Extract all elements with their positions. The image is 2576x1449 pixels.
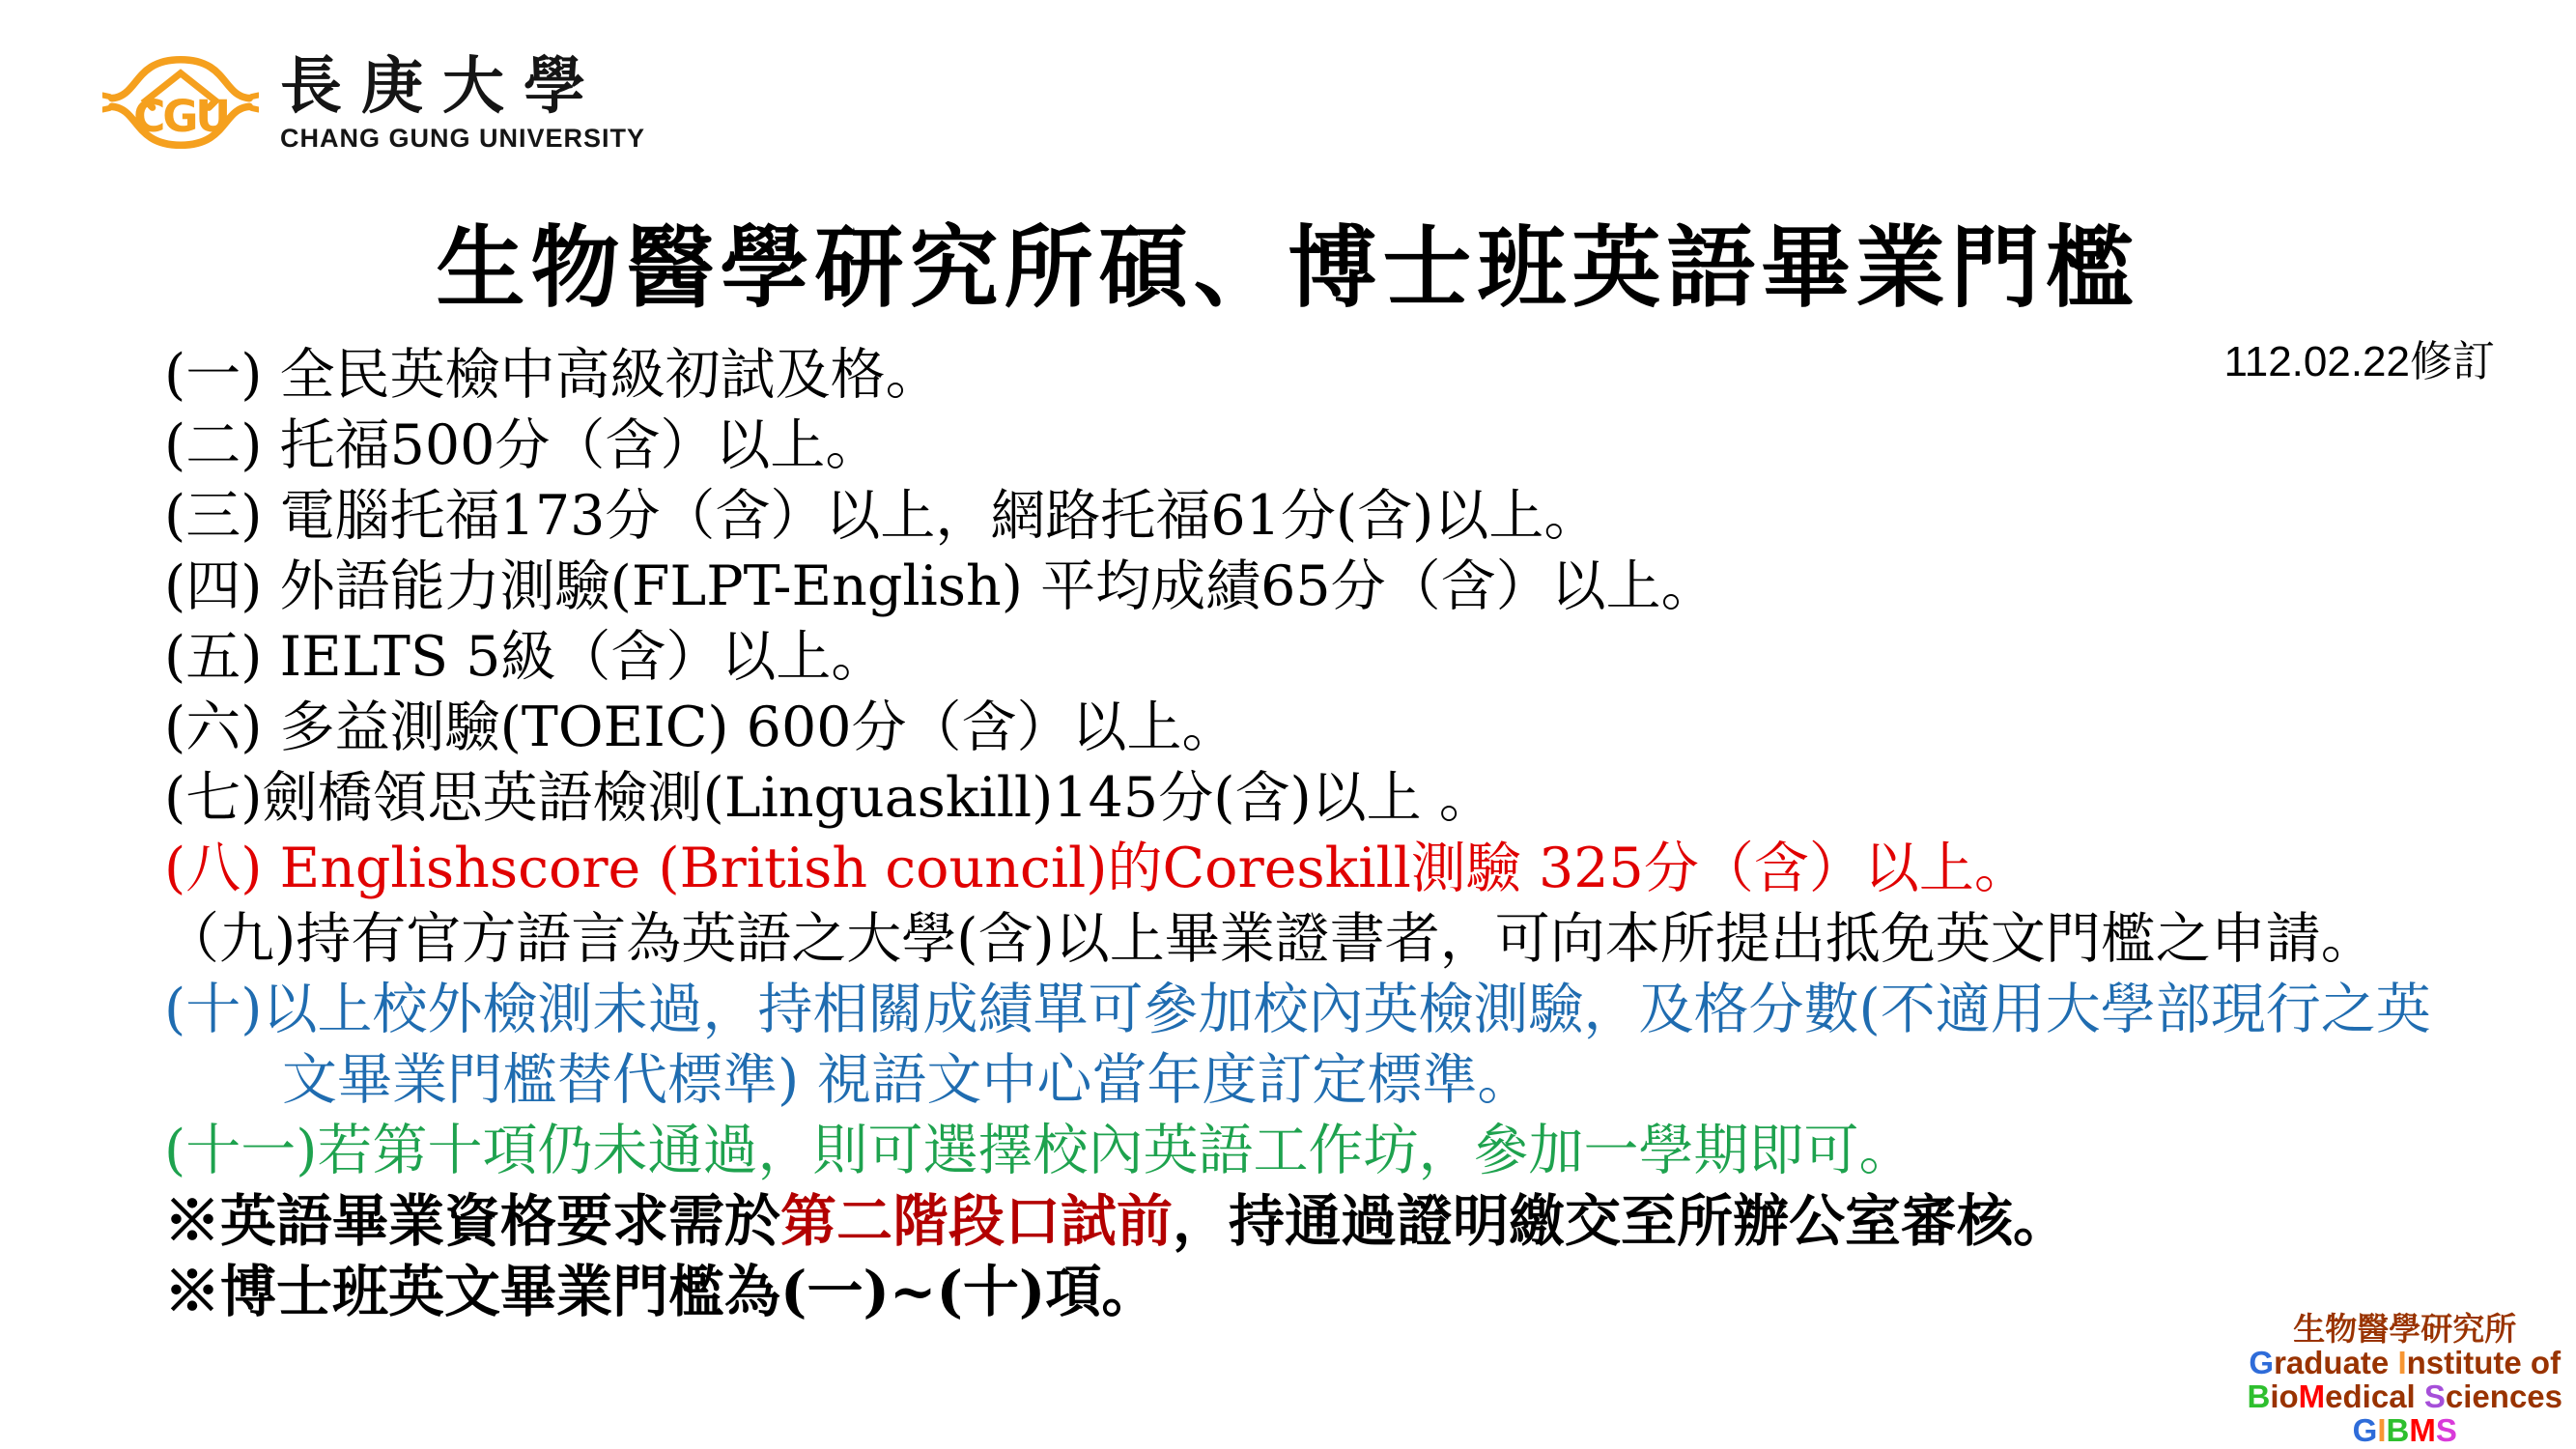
institute-name-zh-segment: 生物醫學研究所 [2293,1311,2516,1347]
institute-name-en-line2-segment: S [2424,1378,2446,1414]
document-page: CGU 長庚大學 CHANG GUNG UNIVERSITY 生物醫學研究所碩、… [0,0,2576,1449]
institute-abbreviation-segment: B [2386,1412,2409,1448]
institute-name-en-line2-segment: ciences [2446,1378,2562,1414]
item-1-segment: (一) 全民英檢中高級初試及格。 [164,343,941,407]
institute-name-en-line2-segment: edical [2325,1378,2424,1414]
item-9-segment: （九)持有官方語言為英語之大學(含)以上畢業證書者，可向本所提出抵免英文門檻之申… [164,907,2376,971]
item-6-segment: (六) 多益測驗(TOEIC) 600分（含）以上。 [164,696,1236,759]
item-11: (十一)若第十項仍未通過，則可選擇校內英語工作坊，參加一學期即可。 [0,1116,2576,1186]
item-2-segment: (二) 托福500分（含）以上。 [164,413,880,477]
university-name-en: CHANG GUNG UNIVERSITY [280,124,645,154]
institute-name-en-line1-segment: G [2249,1345,2274,1380]
university-name-block: 長庚大學 CHANG GUNG UNIVERSITY [280,51,645,155]
institute-abbreviation-segment: G [2353,1412,2378,1448]
note-2-segment: ※博士班英文畢業門檻為(一)~(十)項。 [164,1259,1157,1324]
item-3: (三) 電腦托福173分（含）以上，網路托福61分(含)以上。 [0,481,2576,552]
institute-signature: 生物醫學研究所Graduate Institute ofBioMedical S… [2247,1312,2562,1447]
item-8: (八) Englishscore (British council)的Cores… [0,834,2576,904]
institute-name-en-line2-segment: M [2299,1378,2326,1414]
note-2: ※博士班英文畢業門檻為(一)~(十)項。 [0,1257,2576,1327]
item-3-segment: (三) 電腦托福173分（含）以上，網路托福61分(含)以上。 [164,484,1599,548]
university-logo: CGU 長庚大學 CHANG GUNG UNIVERSITY [102,29,645,176]
institute-name-en-line1: Graduate Institute of [2247,1346,2562,1379]
item-5: (五) IELTS 5級（含）以上。 [0,622,2576,693]
item-5-segment: (五) IELTS 5級（含）以上。 [164,625,886,689]
item-8-segment: (八) Englishscore (British council)的Cores… [164,837,2029,900]
institute-name-en-line2: BioMedical Sciences [2247,1379,2562,1413]
item-10: (十)以上校外檢測未過，持相關成績單可參加校內英檢測驗，及格分數(不適用大學部現… [0,975,2576,1045]
institute-name-en-line1-segment: I [2397,1345,2406,1380]
requirements-list: (一) 全民英檢中高級初試及格。(二) 托福500分（含）以上。(三) 電腦托福… [0,340,2576,1327]
item-11-segment: (十一)若第十項仍未通過，則可選擇校內英語工作坊，參加一學期即可。 [164,1119,1913,1182]
institute-abbreviation: GIBMS [2247,1413,2562,1447]
item-10-wrap: 文畢業門檻替代標準) 視語文中心當年度訂定標準。 [0,1045,2576,1116]
institute-name-en-line1-segment: nstitute of [2407,1345,2561,1380]
institute-name-en-line1-segment: raduate [2274,1345,2397,1380]
item-2: (二) 托福500分（含）以上。 [0,411,2576,481]
emblem-monogram: CGU [133,91,228,142]
item-7-segment: (七)劍橋領思英語檢測(Linguaskill)145分(含)以上 。 [164,766,1494,830]
item-10-wrap-segment: 文畢業門檻替代標準) 視語文中心當年度訂定標準。 [282,1048,1532,1112]
item-6: (六) 多益測驗(TOEIC) 600分（含）以上。 [0,693,2576,763]
note-1-segment: ※英語畢業資格要求需於 [164,1188,780,1254]
university-name-zh: 長庚大學 [280,51,645,123]
item-4-segment: (四) 外語能力測驗(FLPT-English) 平均成績65分（含）以上。 [164,554,1716,618]
item-10-segment: (十)以上校外檢測未過，持相關成績單可參加校內英檢測驗，及格分數(不適用大學部現… [164,978,2431,1041]
note-1-segment: 第二階段口試前 [780,1188,1173,1254]
cgu-emblem-icon: CGU [102,29,259,176]
note-1: ※英語畢業資格要求需於第二階段口試前，持通過證明繳交至所辦公室審核。 [0,1186,2576,1257]
institute-abbreviation-segment: S [2436,1412,2457,1448]
item-1: (一) 全民英檢中高級初試及格。 [0,340,2576,411]
institute-abbreviation-segment: M [2409,1412,2436,1448]
page-title: 生物醫學研究所碩、博士班英語畢業門檻 [0,197,2576,325]
item-9: （九)持有官方語言為英語之大學(含)以上畢業證書者，可向本所提出抵免英文門檻之申… [0,904,2576,975]
note-1-segment: ，持通過證明繳交至所辦公室審核。 [1173,1188,2069,1254]
item-7: (七)劍橋領思英語檢測(Linguaskill)145分(含)以上 。 [0,763,2576,834]
institute-name-zh: 生物醫學研究所 [2247,1312,2562,1346]
institute-name-en-line2-segment: io [2270,1378,2298,1414]
institute-name-en-line2-segment: B [2247,1378,2270,1414]
item-4: (四) 外語能力測驗(FLPT-English) 平均成績65分（含）以上。 [0,552,2576,622]
